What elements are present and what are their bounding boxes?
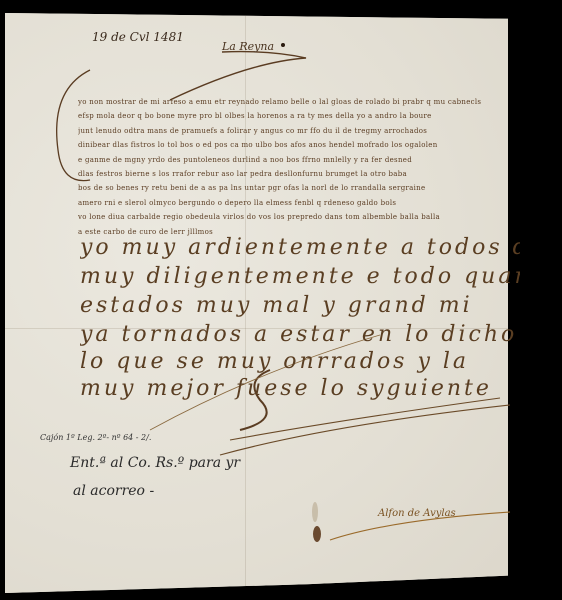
autograph-line: lo que se muy onrrados y la — [80, 349, 520, 374]
body-line: vo lone diua carbalde regio obedeula vir… — [78, 213, 488, 227]
body-line: junt lenudo odtra mans de pramuefs a fol… — [78, 127, 488, 141]
body-text-block: yo non mostrar de mi arfeso a emu etr re… — [78, 98, 488, 242]
annotation-line: Ent.ª al Co. Rs.º para yr — [70, 455, 240, 471]
body-line: amero rni e slerol olmyco bergundo o dep… — [78, 199, 488, 213]
autograph-line: muy mejor fuese lo syguiente — [80, 376, 520, 401]
autograph-line: estados muy mal y grand mi — [80, 293, 520, 318]
autograph-line: yo muy ardientemente a todos deseo — [80, 235, 520, 260]
body-line: efsp mola deor q bo bone myre pro bl olb… — [78, 112, 488, 126]
body-line: bos de so benes ry retu beni de a as pa … — [78, 184, 488, 198]
body-line: dlas festros bierne s los rrafor rebur a… — [78, 170, 488, 184]
archive-reference: Cajón 1º Leg. 2º- nº 64 - 2/. — [40, 433, 151, 442]
body-line: e ganme de mgny yrdo des puntoleneos dur… — [78, 156, 488, 170]
body-line: yo non mostrar de mi arfeso a emu etr re… — [78, 98, 488, 112]
document-heading: La Reyna — [222, 40, 274, 53]
secretary-signature: Alfon de Avylas — [378, 508, 456, 519]
annotation-line: al acorreo - — [73, 483, 154, 499]
date-annotation: 19 de Cvl 1481 — [92, 30, 184, 44]
autograph-line: ya tornados a estar en lo dicho — [80, 322, 520, 347]
autograph-line: muy diligentemente e todo quanto — [80, 264, 520, 289]
body-line: dinibear dlas fistros lo tol bos o ed po… — [78, 141, 488, 155]
